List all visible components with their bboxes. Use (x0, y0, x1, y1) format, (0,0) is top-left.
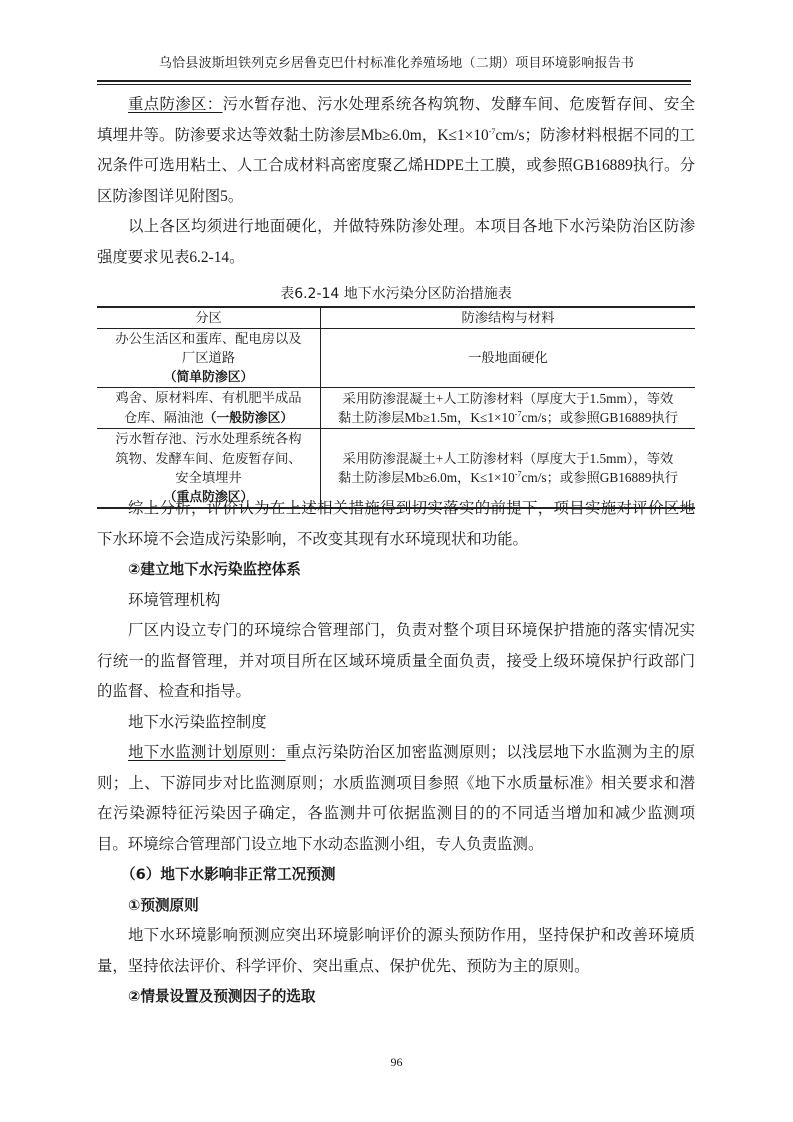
zone-cell: 办公生活区和蛋库、配电房以及 厂区道路 （简单防渗区） (97, 328, 321, 388)
running-header: 乌恰县波斯坦铁列克乡居鲁克巴什村标准化养殖场地（二期）项目环境影响报告书 (0, 52, 793, 71)
section-bottom: 综上分析，评价认为在上述相关措施得到切实落实的前提下，项目实施对评价区地下水环境… (97, 494, 695, 1013)
col-header-measures: 防渗结构与材料 (321, 307, 696, 328)
monitoring-plan-label: 地下水监测计划原则： (128, 744, 286, 761)
heading-monitoring-system: ②建立地下水污染监控体系 (97, 555, 695, 586)
measure-cell: 一般地面硬化 (321, 328, 696, 388)
col-header-zone: 分区 (97, 307, 321, 328)
table-caption: 表6.2-14 地下水污染分区防治措施表 (97, 283, 695, 303)
heading-prediction-principle: ①预测原则 (97, 891, 695, 922)
table-row: 鸡舍、原材料库、有机肥半成品 仓库、隔油池（一般防渗区） 采用防渗混凝土+人工防… (97, 388, 695, 429)
paragraph-summary: 综上分析，评价认为在上述相关措施得到切实落实的前提下，项目实施对评价区地下水环境… (97, 494, 695, 555)
zoning-table: 分区 防渗结构与材料 办公生活区和蛋库、配电房以及 厂区道路 （简单防渗区） 一… (97, 306, 695, 509)
heading-section-6: （6）地下水影响非正常工况预测 (97, 860, 695, 891)
table-row: 办公生活区和蛋库、配电房以及 厂区道路 （简单防渗区） 一般地面硬化 (97, 328, 695, 388)
zone-tag: （简单防渗区） (101, 368, 316, 388)
page-number: 96 (0, 1055, 793, 1070)
zone-cell: 鸡舍、原材料库、有机肥半成品 仓库、隔油池（一般防渗区） (97, 388, 321, 429)
header-rule (97, 80, 691, 85)
paragraph-key-zone: 重点防渗区：污水暂存池、污水处理系统各构筑物、发酵车间、危废暂存间、安全填埋井等… (97, 90, 695, 212)
paragraph-hardening: 以上各区均须进行地面硬化，并做特殊防渗处理。本项目各地下水污染防治区防渗强度要求… (97, 212, 695, 273)
paragraph-env-mgmt: 厂区内设立专门的环境综合管理部门，负责对整个项目环境保护措施的落实情况实行统一的… (97, 616, 695, 708)
table-header-row: 分区 防渗结构与材料 (97, 307, 695, 328)
section-top: 重点防渗区：污水暂存池、污水处理系统各构筑物、发酵车间、危废暂存间、安全填埋井等… (97, 90, 695, 273)
subheading-env-mgmt: 环境管理机构 (97, 586, 695, 617)
key-zone-label: 重点防渗区： (128, 96, 223, 113)
measure-cell: 采用防渗混凝土+人工防渗材料（厚度大于1.5mm），等效 黏土防渗层Mb≥1.5… (321, 388, 696, 429)
paragraph-monitoring-plan: 地下水监测计划原则：重点污染防治区加密监测原则；以浅层地下水监测为主的原则；上、… (97, 738, 695, 860)
zone-tag: （一般防渗区） (204, 411, 294, 426)
subheading-monitoring-rules: 地下水污染监控制度 (97, 708, 695, 739)
paragraph-prediction-principle: 地下水环境影响预测应突出环境影响评价的源头预防作用，坚持保护和改善环境质量，坚持… (97, 921, 695, 982)
heading-scenario: ②情景设置及预测因子的选取 (97, 982, 695, 1013)
